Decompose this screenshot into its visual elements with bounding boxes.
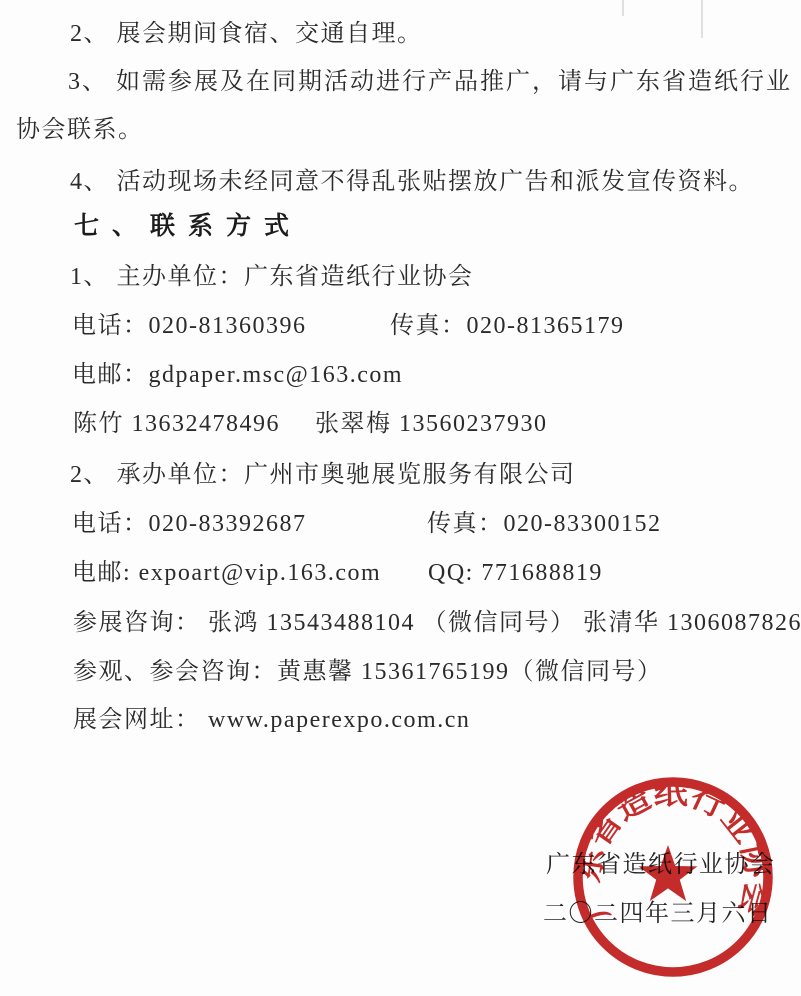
organizer-contact-1: 陈竹 13632478496 — [73, 408, 280, 440]
exhibit-inquiry-text: 参展咨询： 张鸿 13543488104 （微信同号） 张清华 13060878… — [73, 607, 801, 639]
co-organizer-qq: QQ: 771688819 — [428, 557, 603, 589]
document-page: 2、 展会期间食宿、交通自理。 3、 如需参展及在同期活动进行产品推广，请与广东… — [0, 0, 801, 996]
notice-item-4: 4、 活动现场未经同意不得乱张贴摆放广告和派发宣传资料。 — [0, 166, 801, 198]
visit-inquiry: 参观、参会咨询：黄惠馨 15361765199（微信同号） — [0, 656, 801, 688]
notice-item-3-line2-text: 协会联系。 — [16, 114, 144, 146]
co-organizer-title: 2、 承办单位：广州市奥驰展览服务有限公司 — [0, 459, 801, 491]
co-organizer-phone: 电话：020-83392687 — [72, 508, 307, 540]
official-seal: 广东省造纸行业协会 — [0, 0, 801, 996]
scan-artifact — [622, 0, 624, 16]
notice-item-4-text: 4、 活动现场未经同意不得乱张贴摆放广告和派发宣传资料。 — [70, 166, 754, 198]
visit-inquiry-text: 参观、参会咨询：黄惠馨 15361765199（微信同号） — [73, 656, 663, 688]
expo-website: 展会网址： www.paperexpo.com.cn — [0, 704, 801, 736]
section-heading-text: 七、联系方式 — [74, 211, 302, 243]
organizer-title-text: 1、 主办单位：广东省造纸行业协会 — [70, 261, 474, 293]
organizer-phone: 电话：020-81360396 — [72, 310, 307, 342]
section-heading: 七、联系方式 — [0, 211, 801, 243]
organizer-fax: 传真：020-81365179 — [390, 310, 625, 342]
organizer-contact-2: 张翠梅 13560237930 — [315, 408, 548, 440]
organizer-phone-fax: 电话：020-81360396 传真：020-81365179 — [0, 310, 801, 342]
signature-date: 二〇二四年三月六日 — [0, 898, 801, 930]
notice-item-2-text: 2、 展会期间食宿、交通自理。 — [70, 18, 423, 50]
organizer-email-text: 电邮：gdpaper.msc@163.com — [72, 359, 403, 391]
notice-item-2: 2、 展会期间食宿、交通自理。 — [0, 18, 801, 50]
signature-date-text: 二〇二四年三月六日 — [543, 898, 773, 930]
co-organizer-fax: 传真：020-83300152 — [427, 508, 662, 540]
organizer-contacts: 陈竹 13632478496 张翠梅 13560237930 — [0, 408, 801, 440]
organizer-title: 1、 主办单位：广东省造纸行业协会 — [0, 261, 801, 293]
co-organizer-phone-fax: 电话：020-83392687 传真：020-83300152 — [0, 508, 801, 540]
expo-website-text: 展会网址： www.paperexpo.com.cn — [73, 704, 470, 736]
notice-item-3-line1: 3、 如需参展及在同期活动进行产品推广，请与广东省造纸行业 — [0, 66, 801, 98]
organizer-email: 电邮：gdpaper.msc@163.com — [0, 359, 801, 391]
co-organizer-email-qq: 电邮: expoart@vip.163.com QQ: 771688819 — [0, 557, 801, 589]
co-organizer-email: 电邮: expoart@vip.163.com — [72, 557, 381, 589]
notice-item-3-line2: 协会联系。 — [0, 114, 801, 146]
notice-item-3-line1-text: 3、 如需参展及在同期活动进行产品推广，请与广东省造纸行业 — [68, 66, 792, 98]
exhibit-inquiry: 参展咨询： 张鸿 13543488104 （微信同号） 张清华 13060878… — [0, 607, 801, 639]
signature-organization: 广东省造纸行业协会 — [0, 849, 801, 881]
co-organizer-title-text: 2、 承办单位：广州市奥驰展览服务有限公司 — [70, 459, 576, 491]
signature-organization-text: 广东省造纸行业协会 — [546, 849, 776, 881]
